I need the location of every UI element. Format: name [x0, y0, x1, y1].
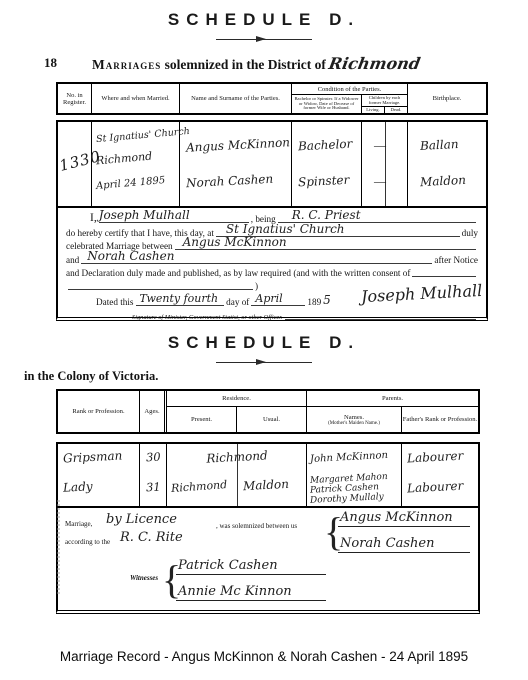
children-dash-bride: —: [366, 174, 394, 189]
groom-name: Angus McKinnon: [186, 135, 291, 154]
cell-condition: Bachelor Spinster: [292, 122, 362, 206]
header-present: Present.: [167, 407, 237, 432]
colony-line: in the Colony of Victoria.: [24, 369, 158, 384]
witness-signature-1: Patrick Cashen: [176, 558, 326, 575]
details-row: Gripsman Lady 30 31 Richmond Richmond Ma…: [58, 444, 478, 508]
district-line: Marriages solemnized in the District of …: [92, 54, 420, 73]
cell-register-no: 1330: [58, 122, 92, 206]
marriage-label: Marriage,: [65, 520, 92, 528]
licence-handwritten: by Licence: [106, 512, 177, 527]
where-town: Richmond: [96, 150, 153, 168]
ornament-rule-2: [216, 359, 312, 367]
cert-paren: ): [255, 281, 258, 291]
header-ages: Ages.: [140, 391, 167, 432]
district-handwritten: Richmond: [328, 54, 423, 73]
header-parent-names: Names. (Mother's Maiden Name.): [307, 407, 402, 432]
cell-father-rank: Labourer Labourer: [402, 444, 478, 506]
groom-signature: Angus McKinnon: [338, 510, 470, 527]
header-father-rank: Father's Rank or Profession.: [402, 407, 478, 432]
minister-title: R. C. Priest: [292, 208, 361, 222]
children-dash-groom: —: [366, 138, 394, 153]
dated-month: April: [255, 292, 282, 305]
rule-arrow-icon: [256, 359, 266, 365]
details-record-block: Gripsman Lady 30 31 Richmond Richmond Ma…: [56, 442, 480, 614]
cell-parent-names: John McKinnon Margaret Mahon Patrick Cas…: [307, 444, 402, 506]
cert-groom: Angus McKinnon: [183, 235, 287, 249]
bride-condition: Spinster: [298, 173, 350, 190]
marriage-table-header: No. in Register. Where and when Married.…: [56, 82, 488, 115]
where-church: St Ignatius' Church: [96, 126, 191, 145]
children-divider: [385, 122, 386, 206]
according-label: according to the: [65, 538, 110, 546]
minister-name: Joseph Mulhall: [99, 208, 190, 222]
cert-and: and: [66, 255, 79, 265]
cert-bride: Norah Cashen: [87, 249, 174, 263]
header-where-when: Where and when Married.: [92, 84, 180, 113]
header-parents: Parents.: [307, 391, 478, 407]
page-number: 18: [44, 55, 57, 71]
bride-birthplace: Maldon: [420, 173, 467, 189]
schedule-title-2: SCHEDULE D.: [0, 333, 528, 353]
header-rank: Rank or Profession.: [58, 391, 140, 432]
cert-line-5: and Declaration duly made and published,…: [66, 265, 478, 278]
details-table-header: Rank or Profession. Ages. Residence. Pre…: [56, 389, 480, 434]
image-caption: Marriage Record - Angus McKinnon & Norah…: [0, 649, 528, 664]
district-rest: solemnized in the District of: [161, 57, 329, 72]
header-condition-note: Bachelor or Spinster. If a Widower or Wi…: [292, 95, 362, 113]
dayof-label: day of: [226, 297, 249, 307]
bride-residence-present: Richmond: [171, 478, 228, 495]
solemnization-section: Marriage, by Licence according to the R.…: [58, 508, 478, 612]
header-register: No. in Register.: [58, 84, 92, 113]
witnesses-label: Witnesses: [130, 574, 158, 582]
cell-rank: Gripsman Lady: [58, 444, 140, 506]
groom-rank: Gripsman: [63, 448, 123, 465]
dated-label: Dated this: [96, 297, 134, 307]
header-parents-group: Parents. Names. (Mother's Maiden Name.) …: [307, 391, 478, 432]
groom-birthplace: Ballan: [420, 137, 459, 153]
bride-father-rank: Labourer: [407, 479, 464, 496]
groom-age: 30: [146, 450, 161, 465]
header-children-group: Children by each former Marriage. Living…: [362, 95, 407, 113]
signature-label: Signature of Minister, Government Statis…: [132, 314, 283, 321]
bride-signature: Norah Cashen: [338, 536, 470, 553]
header-residence-group: Residence. Present. Usual.: [167, 391, 307, 432]
groom-father-rank: Labourer: [407, 449, 464, 466]
header-dead: Dead.: [385, 107, 407, 113]
cert-church: St Ignatius' Church: [226, 222, 345, 236]
year-handwritten: 5: [323, 293, 331, 307]
header-usual: Usual.: [237, 407, 306, 432]
header-condition-group: Condition of the Parties. Bachelor or Sp…: [292, 84, 408, 113]
header-children: Children by each former Marriage.: [362, 95, 407, 106]
year-printed: 189: [307, 297, 321, 307]
schedule-title-1: SCHEDULE D.: [0, 10, 528, 30]
header-names: Name and Surname of the Parties.: [180, 84, 292, 113]
groom-father: John McKinnon: [310, 450, 388, 465]
certificate-text: I, Joseph Mulhall , being R. C. Priest d…: [58, 208, 486, 317]
marriage-record-block: 1330 St Ignatius' Church Richmond April …: [56, 120, 488, 321]
groom-condition: Bachelor: [298, 137, 353, 154]
ornament-rule-1: [216, 36, 312, 44]
cell-ages: 30 31: [140, 444, 167, 506]
cert-after-notice: after Notice: [434, 255, 478, 265]
cell-residence: Richmond Richmond Maldon: [167, 444, 307, 506]
cert-i: I,: [90, 212, 97, 224]
header-condition: Condition of the Parties.: [292, 84, 407, 95]
scanned-marriage-record: SCHEDULE D. 18 Marriages solemnized in t…: [0, 0, 528, 680]
cert-declaration: and Declaration duly made and published,…: [66, 268, 410, 278]
header-living: Living.: [362, 107, 385, 113]
cell-birthplace: Ballan Maldon: [408, 122, 486, 206]
marriages-word: Marriages: [92, 57, 161, 72]
bride-name: Norah Cashen: [186, 172, 274, 191]
cert-signature-line: Signature of Minister, Government Statis…: [66, 307, 478, 320]
bride-residence-usual: Maldon: [243, 477, 290, 493]
record-row: 1330 St Ignatius' Church Richmond April …: [58, 122, 486, 208]
solemnized-label: , was solemnized between us: [216, 522, 297, 530]
bride-rank: Lady: [63, 479, 93, 495]
header-birthplace: Birthplace.: [408, 84, 486, 113]
cert-line-4: and Norah Cashen after Notice: [66, 251, 478, 264]
cell-where-when: St Ignatius' Church Richmond April 24 18…: [92, 122, 180, 206]
rule-arrow-icon: [256, 36, 266, 42]
rite-handwritten: R. C. Rite: [120, 530, 183, 545]
cell-party-names: Angus McKinnon Norah Cashen: [180, 122, 292, 206]
witness-signature-2: Annie Mc Kinnon: [176, 584, 326, 601]
header-residence: Residence.: [167, 391, 306, 407]
maiden-name-note: (Mother's Maiden Name.): [328, 421, 380, 426]
scan-artifact: [57, 500, 60, 595]
bride-age: 31: [146, 480, 161, 495]
cell-children: — —: [362, 122, 408, 206]
dated-day: Twenty fourth: [140, 292, 219, 305]
names-label: Names.: [344, 414, 364, 421]
where-date: April 24 1895: [96, 175, 166, 192]
